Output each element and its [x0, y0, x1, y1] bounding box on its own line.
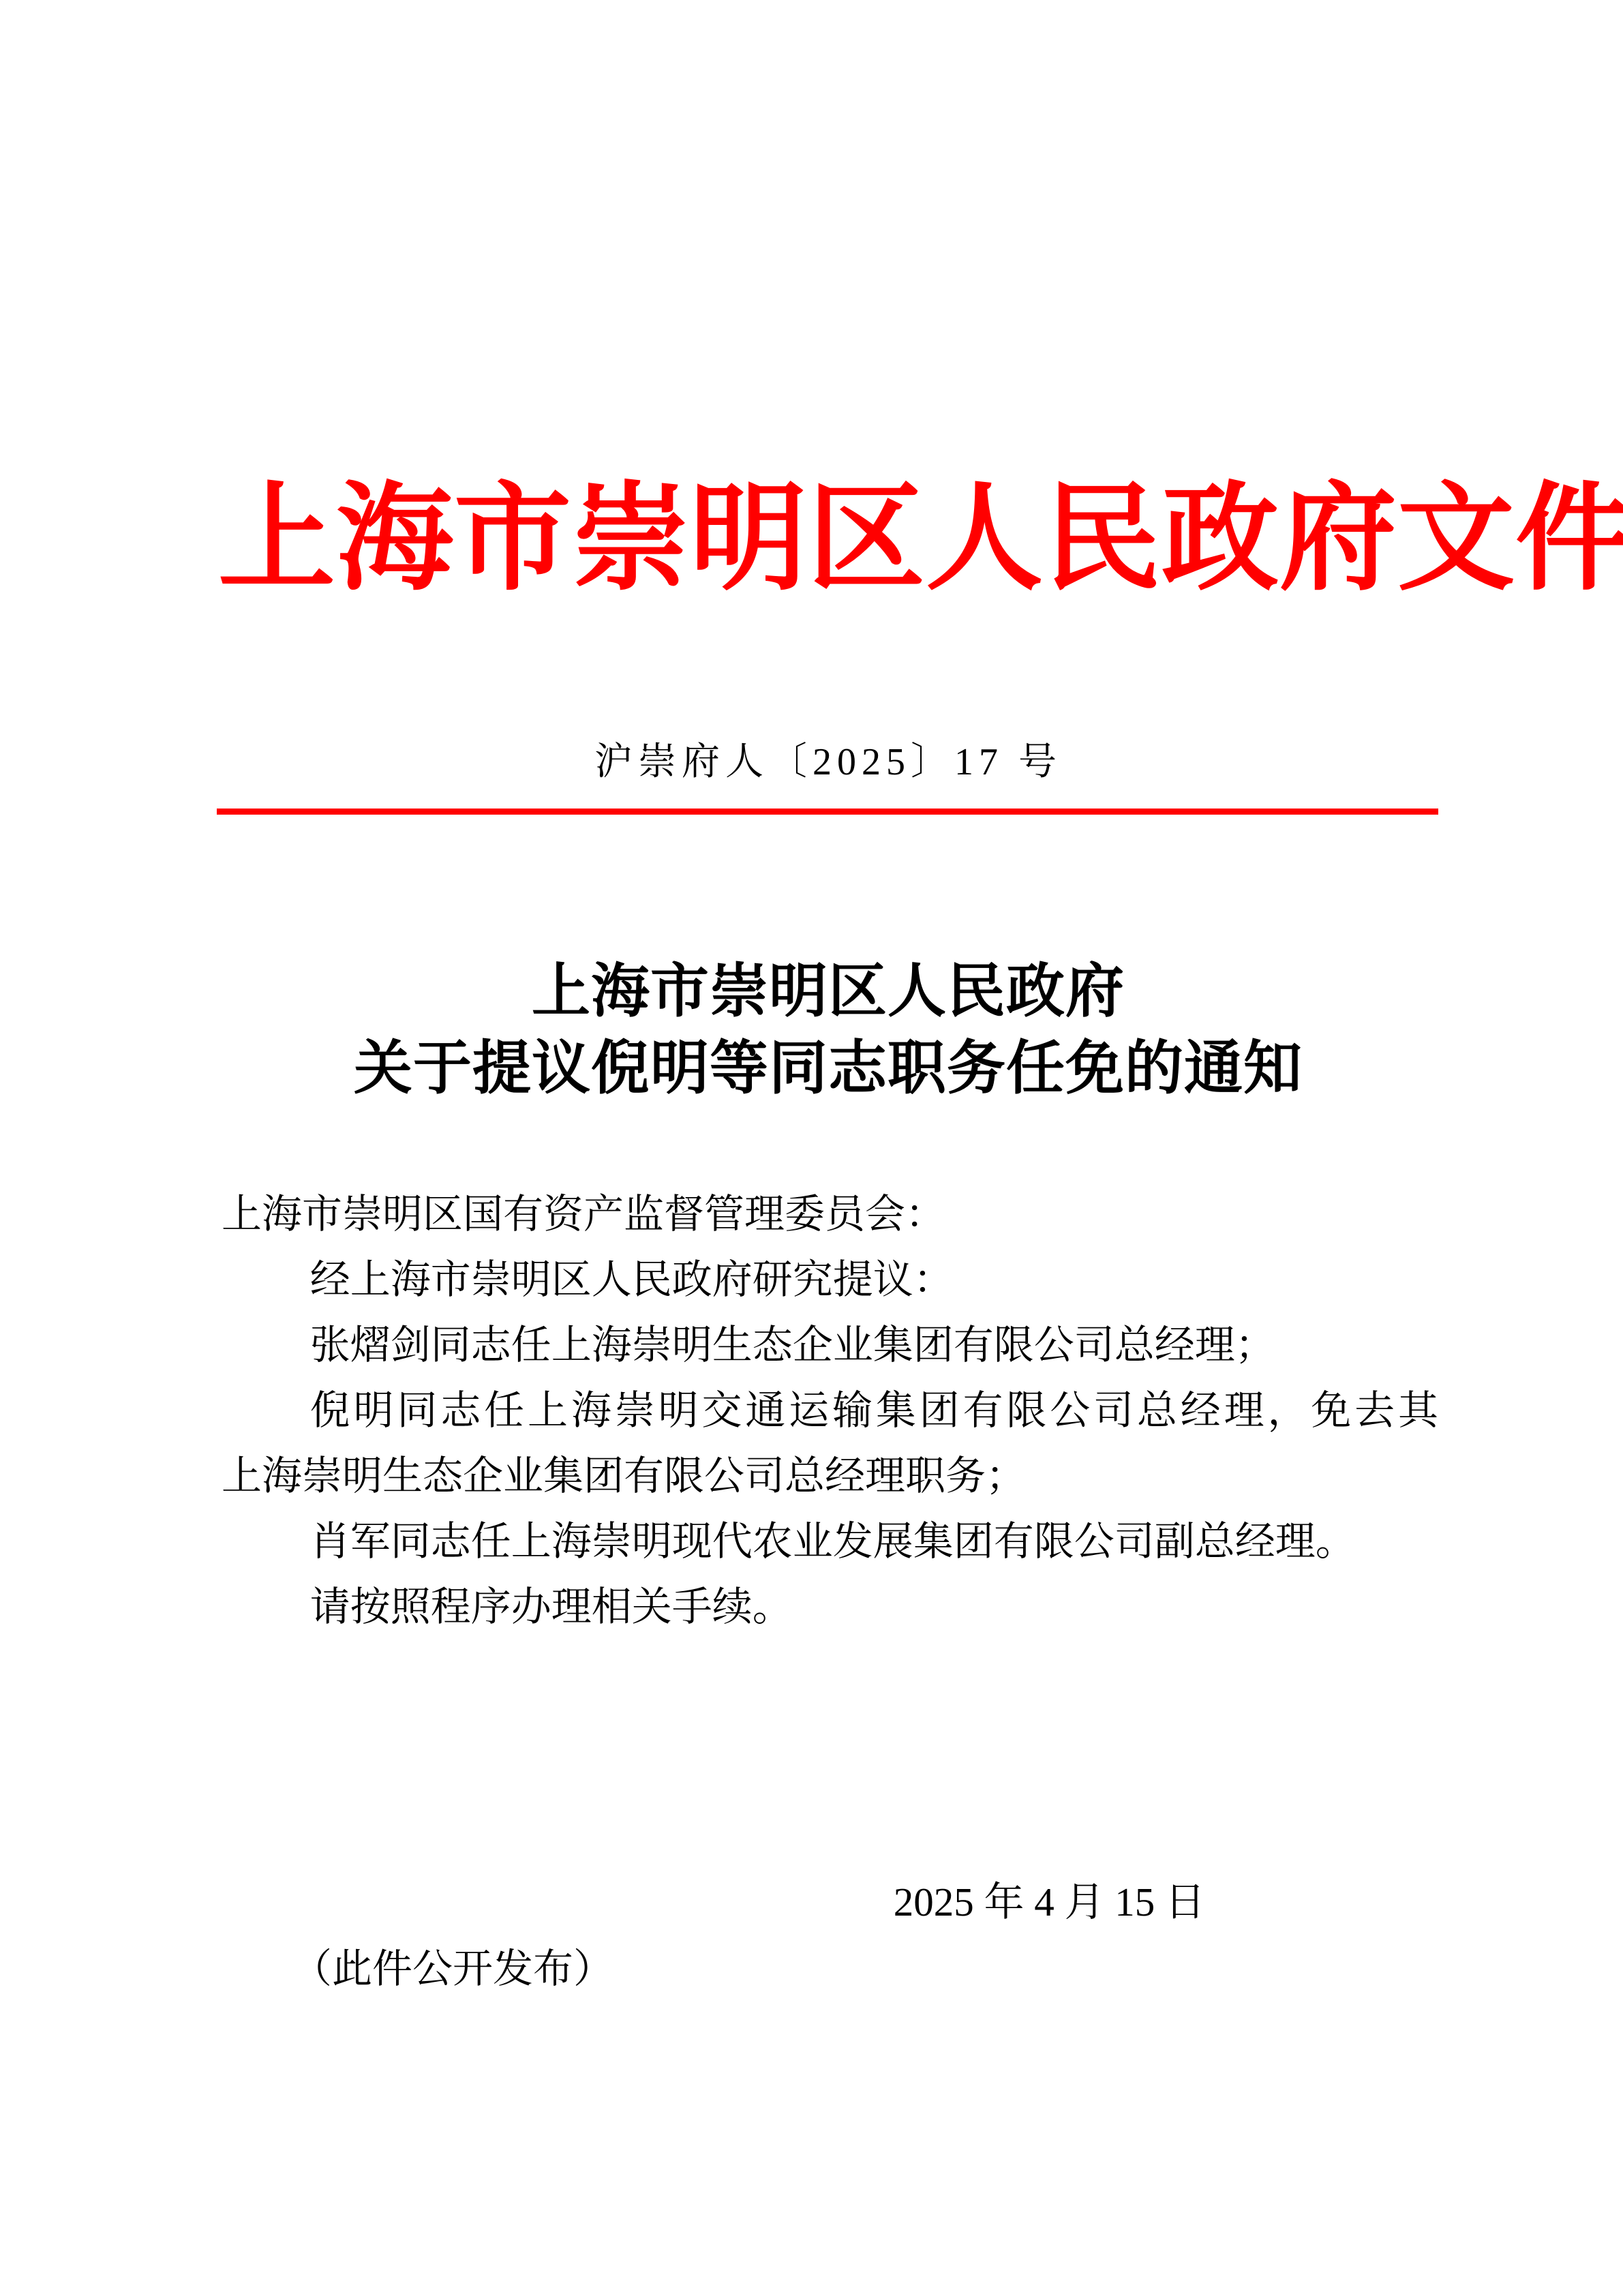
body-line: 上海崇明生态企业集团有限公司总经理职务； — [222, 1443, 1438, 1509]
document-page: 上海市崇明区人民政府文件 沪崇府人〔2025〕17 号 上海市崇明区人民政府 关… — [0, 0, 1623, 2296]
document-title-line1: 上海市崇明区人民政府 — [133, 953, 1523, 1030]
government-masthead-title: 上海市崇明区人民政府文件 — [218, 474, 1438, 607]
public-release-note: （此件公开发布） — [222, 1936, 1438, 2002]
body-line: 倪明同志任上海崇明交通运输集团有限公司总经理，免去其 — [222, 1378, 1438, 1443]
body-line: 经上海市崇明区人民政府研究提议： — [222, 1247, 1438, 1312]
document-body: 上海市崇明区国有资产监督管理委员会： 经上海市崇明区人民政府研究提议： 张熠剑同… — [222, 1181, 1438, 1640]
document-title-line2: 关于提议倪明等同志职务任免的通知 — [133, 1030, 1523, 1107]
document-title: 上海市崇明区人民政府 关于提议倪明等同志职务任免的通知 — [133, 953, 1523, 1107]
document-reference-number: 沪崇府人〔2025〕17 号 — [218, 735, 1438, 789]
body-line-recipient: 上海市崇明区国有资产监督管理委员会： — [222, 1181, 1438, 1247]
document-date: 2025 年 4 月 15 日 — [222, 1869, 1438, 1935]
body-line: 张熠剑同志任上海崇明生态企业集团有限公司总经理； — [222, 1312, 1438, 1378]
body-line: 请按照程序办理相关手续。 — [222, 1574, 1438, 1640]
red-divider-line — [217, 809, 1438, 815]
body-line: 肖军同志任上海崇明现代农业发展集团有限公司副总经理。 — [222, 1509, 1438, 1574]
